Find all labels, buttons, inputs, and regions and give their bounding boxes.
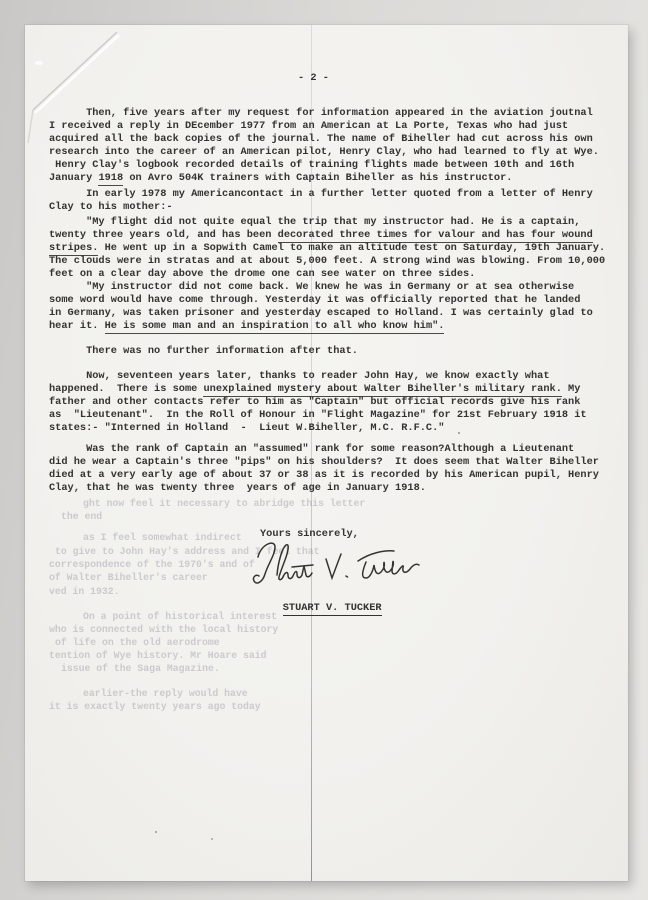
letter-line: Clay, that he was twenty three years of … [49,482,599,495]
letter-line: Was the rank of Captain an "assumed" ran… [49,443,599,456]
letter-line: Clay to his mother:- [49,201,593,214]
letter-line: Henry Clay's logbook recorded details of… [49,159,599,172]
letter-line: as "Lieutenant". In the Roll of Honour i… [49,409,587,422]
letter-line: feet on a clear day above the drome one … [49,268,605,281]
letter-line: January 1918 on Avro 504K trainers with … [49,172,599,185]
typed-signature-text: STUART V. TUCKER [283,602,382,616]
letter-paragraph: In early 1978 my Americancontact in a fu… [49,188,593,214]
letter-paragraph: "My flight did not quite equal the trip … [49,216,605,281]
letter-line: There was no further information after t… [49,345,358,358]
letter-line: states:- "Interned in Holland - Lieut W.… [49,422,587,435]
letter-line: Then, five years after my request for in… [49,107,599,120]
letter-line: The clouds were in stratas and at about … [49,255,605,268]
letter-paragraph: "My instructor did not come back. We kne… [49,281,593,333]
letter-line: research into the career of an American … [49,146,599,159]
letter-line: Now, seventeen years later, thanks to re… [49,370,587,383]
letter-line: died at a very early age of about 37 or … [49,469,599,482]
letter-paragraph: Then, five years after my request for in… [49,107,599,185]
document-page: ght now feel it necessary to abridge thi… [25,25,628,881]
letter-line: in Germany, was taken prisoner and yeste… [49,307,593,320]
letter-line: did he wear a Captain's three "pips" on … [49,456,599,469]
letter-line: father and other contacts refer to him a… [49,396,587,409]
letter-paragraph: There was no further information after t… [49,345,358,358]
typed-signature: STUART V. TUCKER [258,590,382,626]
letter-line: I received a reply in DEcember 1977 from… [49,120,599,133]
letter-line: stripes. He went up in a Sopwith Camel t… [49,242,605,255]
letter-body: Then, five years after my request for in… [25,25,628,881]
letter-line: In early 1978 my Americancontact in a fu… [49,188,593,201]
letter-paragraph: Was the rank of Captain an "assumed" ran… [49,443,599,495]
letter-line: "My flight did not quite equal the trip … [49,216,605,229]
letter-line: acquired all the back copies of the jour… [49,133,599,146]
letter-line: happened. There is some unexplained myst… [49,383,587,396]
letter-paragraph: Now, seventeen years later, thanks to re… [49,370,587,435]
letter-line: twenty three years old, and has been dec… [49,229,605,242]
scanner-background: { "document": { "page_number": "- 2 -", … [0,0,648,900]
letter-line: some word would have come through. Yeste… [49,294,593,307]
letter-line: "My instructor did not come back. We kne… [49,281,593,294]
letter-line: hear it. He is some man and an inspirati… [49,320,593,333]
